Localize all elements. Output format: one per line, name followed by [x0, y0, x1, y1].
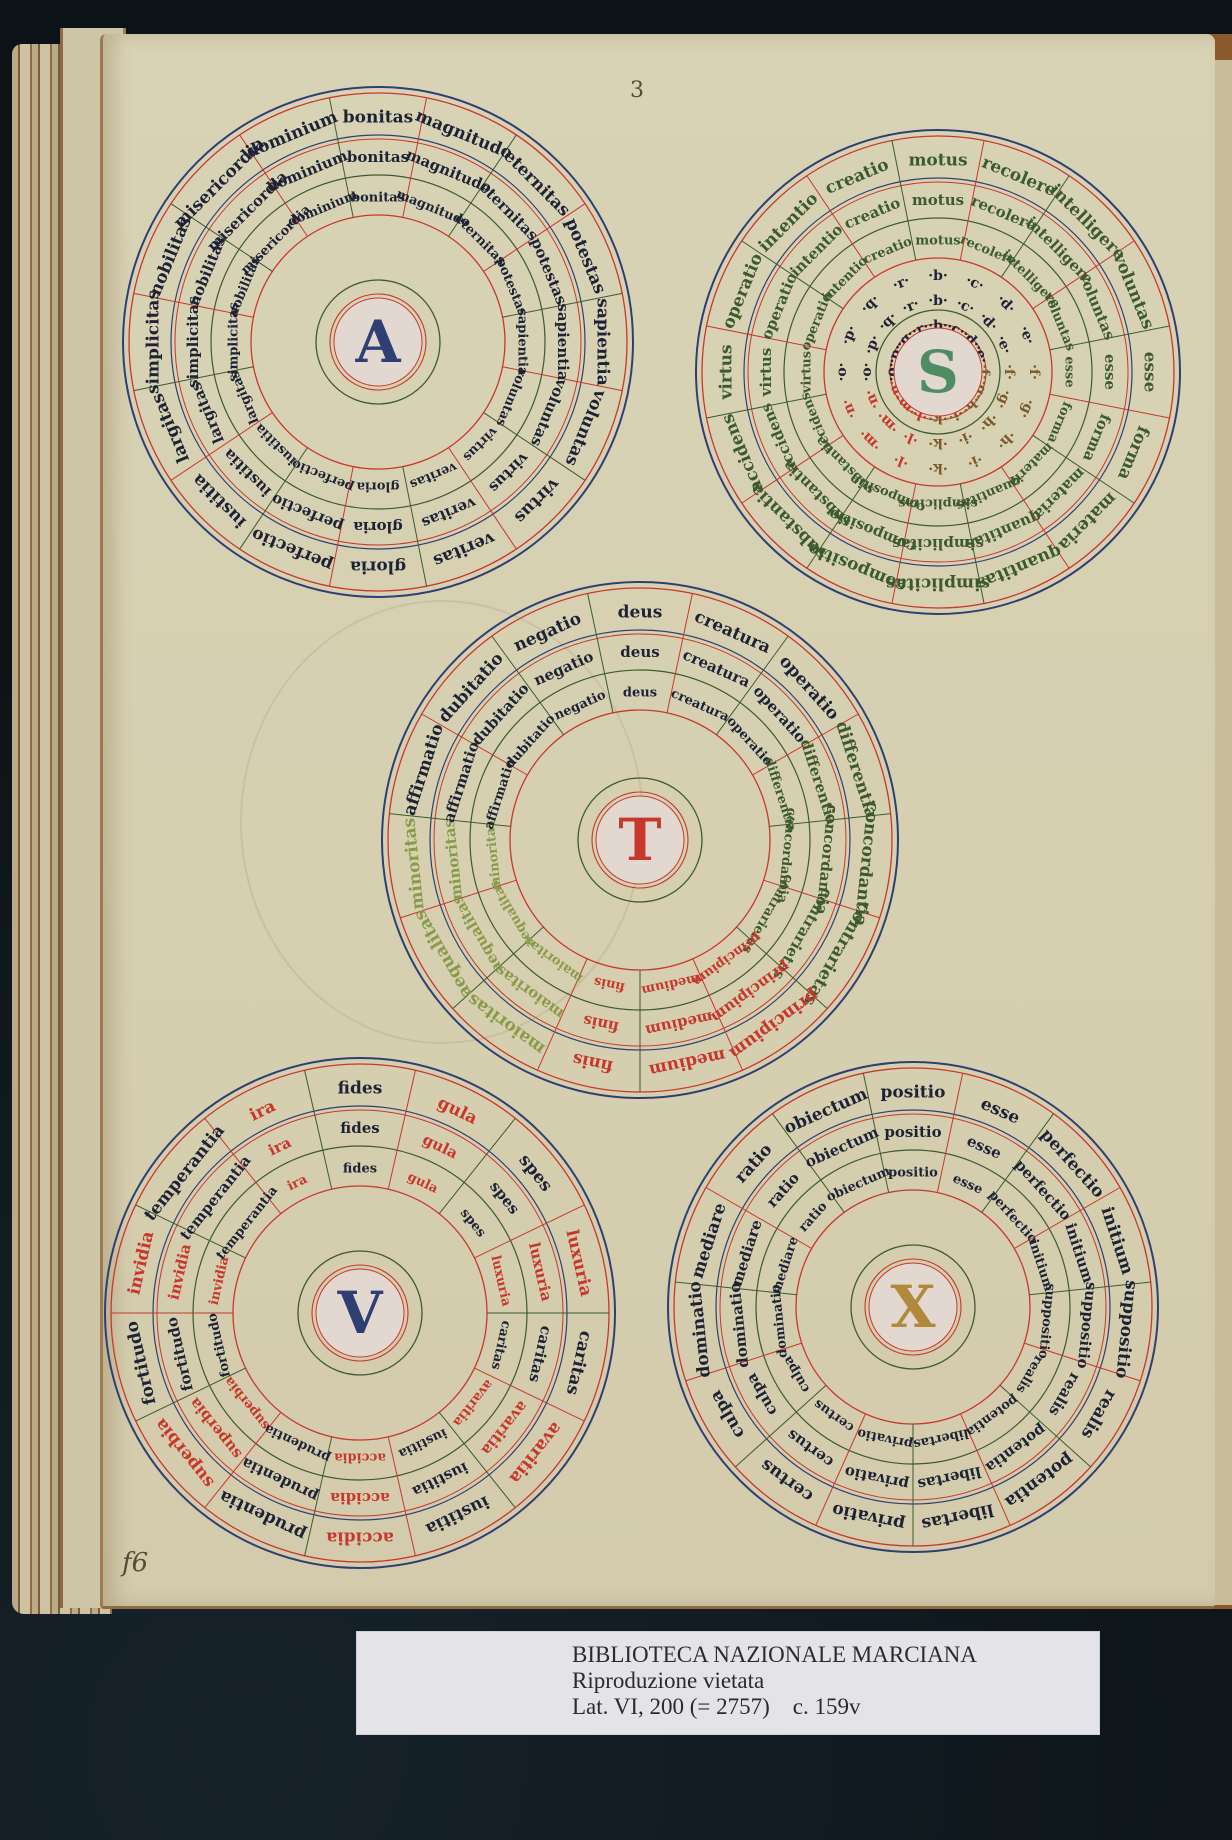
wheel-word: affirmatio: [440, 739, 483, 824]
wheel-letter: ·h·: [975, 409, 1000, 434]
wheel-letter: ·b·: [928, 293, 948, 309]
wheel-word: sapientia: [592, 298, 612, 385]
wheel-word: virtus: [799, 351, 814, 394]
wheel-letter: ·p·: [861, 333, 883, 357]
wheel-word: esse: [1101, 354, 1119, 390]
wheel-word: perfectio: [249, 524, 336, 575]
wheel-word: privatio: [830, 1499, 906, 1534]
wheel-word: realis: [1045, 1370, 1084, 1420]
wheel-word: fortitudo: [205, 1311, 234, 1378]
wheel-word: potestas: [527, 235, 571, 307]
wheel-word: medium: [640, 970, 701, 997]
wheel-word: caritas: [488, 1319, 514, 1371]
wheel-word: creatura: [680, 645, 753, 691]
wheel-letter: ·n·: [861, 387, 883, 412]
wheel-word: culpa: [706, 1387, 749, 1442]
wheel-word: bonitas: [343, 108, 413, 128]
wheel-word: luxuria: [487, 1254, 513, 1308]
wheel-letter: ·d·: [976, 309, 1001, 334]
wheel-word: creatura: [691, 607, 773, 658]
wheel-word: positio: [881, 1083, 946, 1103]
wheel-word: ira: [246, 1096, 278, 1125]
wheel-word: ira: [285, 1172, 310, 1195]
wheel-letter: ·b·: [928, 268, 948, 284]
wheel-letter: ·m·: [856, 426, 885, 455]
wheel-word: iustitia: [409, 1459, 471, 1501]
wheel-word: voluntas: [1075, 269, 1119, 343]
wheel-word: minoritas: [399, 817, 429, 911]
wheel-word: accidens: [718, 411, 768, 495]
wheel-word: prudentia: [238, 1454, 320, 1506]
wheel-top-left: bonitasmagnitudoeternitaspotestassapient…: [113, 77, 643, 607]
wheel-word: avaritia: [449, 1376, 496, 1429]
wheel-word: suppositio: [1111, 1279, 1141, 1379]
wheel-word: realis: [1077, 1386, 1121, 1442]
wheel-word: libertas: [920, 1499, 996, 1534]
wheel-word: medium: [644, 1008, 715, 1040]
wheel-word: deus: [623, 685, 657, 700]
wheel-word: spes: [457, 1206, 489, 1240]
wheel-word: esse: [1062, 356, 1077, 387]
wheel-word: gloria: [356, 479, 399, 494]
wheel-word: iustitia: [422, 1491, 492, 1539]
wheel-word: voluntas: [1108, 249, 1158, 332]
wheel-word: virtus: [717, 344, 737, 400]
wheel-word: operatio: [757, 270, 801, 342]
wheel-word: libertas: [912, 1425, 970, 1451]
wheel-word: simplicitas: [144, 290, 164, 394]
wheel-word: positio: [884, 1123, 941, 1141]
wheel-word: bonitas: [347, 148, 409, 166]
wheel-word: voluntas: [492, 365, 530, 429]
wheel-letter: ·r·: [890, 273, 912, 294]
wheel-word: luxuria: [525, 1241, 556, 1304]
wheel-word: operatio: [718, 250, 767, 331]
wheel-word: virtus: [485, 449, 533, 497]
wheel-letter: ·h·: [993, 427, 1018, 452]
wheel-word: finis: [581, 1011, 620, 1036]
wheel-word: gula: [434, 1093, 480, 1129]
wheel-word: esse: [964, 1132, 1004, 1163]
wheel-word: accidia: [330, 1489, 390, 1507]
wheel-word: privatio: [843, 1463, 910, 1494]
library-label: BIBLIOTECA NAZIONALE MARCIANA Riproduzio…: [357, 1632, 1099, 1734]
wheel-word: positio: [888, 1165, 938, 1180]
wheel-word: virtus: [460, 423, 501, 464]
wheel-word: minoritas: [440, 818, 466, 901]
label-notice: Riproduzione vietata: [572, 1668, 977, 1694]
wheel-word: libertas: [916, 1463, 983, 1494]
wheel-letter: ·n·: [838, 396, 860, 421]
wheel-word: voluntas: [561, 386, 611, 469]
wheel-word: invidia: [165, 1242, 195, 1302]
wheel-word: certus: [811, 1396, 857, 1435]
wheel-word: veritas: [419, 493, 479, 532]
wheel-word: ratio: [731, 1140, 776, 1187]
wheel-letter: ·o·: [859, 362, 875, 381]
wheel-word: largitas: [147, 390, 193, 465]
wheel-word: motus: [908, 151, 967, 171]
wheel-word: certus: [783, 1426, 836, 1472]
wheel-word: fortitudo: [162, 1315, 196, 1392]
center-initial: S: [917, 338, 959, 406]
wheel-word: dubitatio: [503, 712, 559, 772]
label-shelfmark: Lat. VI, 200 (= 2757) c. 159v: [572, 1694, 977, 1720]
wheel-word: iustitia: [252, 420, 300, 468]
wheel-letter: ·q·: [875, 309, 900, 334]
wheel-letter: ·q·: [858, 292, 883, 317]
wheel-letter: ·g·: [1016, 397, 1038, 421]
wheel-word: sapientia: [554, 303, 572, 380]
wheel-word: veritas: [430, 527, 498, 571]
wheel-word: gloria: [353, 518, 403, 536]
wheel-word: fides: [340, 1119, 379, 1137]
wheel-word: invidia: [124, 1229, 158, 1296]
wheel-letter: ·e·: [1016, 324, 1038, 347]
wheel-word: privatio: [856, 1425, 915, 1451]
center-initial: V: [336, 1279, 383, 1347]
wheel-word: iustitia: [219, 445, 274, 500]
wheel-word: accidia: [334, 1450, 386, 1465]
wheel-letter: ·o·: [834, 362, 850, 381]
label-library-name: BIBLIOTECA NAZIONALE MARCIANA: [572, 1642, 977, 1668]
wheel-word: motus: [915, 233, 960, 248]
wheel-word: luxuria: [561, 1228, 596, 1299]
wheel-letter: ·k·: [928, 435, 947, 451]
wheel-word: caritas: [525, 1324, 555, 1384]
wheel-word: iustitia: [395, 1425, 449, 1461]
wheel-word: fortitudo: [122, 1319, 160, 1407]
wheel-word: potentia: [962, 1392, 1021, 1440]
wheel-word: fides: [343, 1161, 377, 1176]
wheel-word: spes: [486, 1178, 523, 1218]
wheel-word: accidia: [326, 1527, 394, 1547]
center-initial: T: [618, 806, 661, 874]
wheel-word: deus: [620, 643, 659, 661]
wheel-word: dominatio: [685, 1280, 715, 1378]
wheel-word: avaritia: [477, 1398, 531, 1460]
wheel-word: superbia: [221, 1373, 273, 1432]
wheel-word: invidia: [207, 1255, 233, 1307]
wheel-letter: ·f·: [1001, 364, 1017, 380]
wheel-word: perfectio: [269, 490, 346, 536]
wheel-letter: ·c·: [954, 296, 977, 318]
wheel-word: voluntas: [527, 375, 571, 449]
wheel-top-right: motusrecolereintelligerevoluntasesseform…: [686, 120, 1190, 624]
wheel-word: dominatio: [726, 1282, 753, 1369]
center-initial: A: [354, 308, 401, 376]
wheel-letter: ·d·: [993, 292, 1018, 317]
wheel-word: gula: [420, 1130, 461, 1162]
wheel-letter: ·r·: [900, 296, 922, 317]
wheel-word: ratio: [763, 1169, 803, 1211]
wheel-word: esse: [950, 1171, 985, 1197]
wheel-word: caritas: [562, 1329, 596, 1397]
wheel-word: affirmatio: [400, 721, 448, 818]
wheel-word: forma: [1113, 423, 1153, 483]
center-initial: X: [890, 1273, 935, 1341]
wheel-word: negatio: [552, 687, 609, 723]
wheel-letter: ·i·: [965, 450, 985, 471]
wheel-word: negatio: [531, 647, 596, 689]
wheel-word: obiectum: [824, 1164, 893, 1206]
wheel-word: prudentia: [261, 1420, 333, 1465]
wheel-center: deuscreaturaoperatiodifferentiaconcordan…: [372, 572, 908, 1108]
wheel-word: virtus: [757, 348, 775, 398]
wheel-word: simplicitas: [184, 296, 202, 388]
wheel-letter: ·p·: [838, 323, 860, 347]
wheel-word: forma: [1044, 399, 1075, 445]
wheel-word: fides: [338, 1079, 383, 1099]
wheel-word: negatio: [511, 609, 585, 656]
wheel-word: finis: [593, 973, 627, 994]
wheel-letter: ·f·: [1026, 364, 1042, 380]
wheel-bottom-right: positioesseperfectioinitiumsuppositiorea…: [658, 1052, 1168, 1562]
wheel-word: largitas: [186, 380, 227, 447]
wheel-word: culpa: [742, 1370, 781, 1419]
wheel-letter: ·g·: [992, 387, 1014, 411]
wheel-letter: ·e·: [993, 333, 1015, 356]
wheel-word: motus: [912, 191, 964, 209]
wheel-letter: ·m·: [873, 408, 902, 437]
wheel-bottom-left: fidesgulaspesluxuriacaritasavaritiaiusti…: [95, 1048, 625, 1578]
wheel-word: ira: [265, 1133, 294, 1159]
wheel-word: perfectio: [985, 1188, 1040, 1247]
wheel-word: suppositio: [1074, 1281, 1101, 1370]
wheel-word: initium: [1097, 1204, 1138, 1277]
wheel-word: certus: [757, 1455, 817, 1506]
wheel-word: mediare: [769, 1235, 802, 1296]
wheel-word: obiectum: [802, 1123, 881, 1171]
wheel-word: potestas: [561, 215, 610, 296]
wheel-letter: ·l·: [891, 450, 911, 471]
wheel-word: virtus: [510, 473, 564, 527]
wheel-letter: ·k·: [928, 460, 947, 476]
wheel-word: esse: [1139, 352, 1159, 393]
wheel-word: deus: [618, 603, 663, 623]
wheel-word: gula: [405, 1169, 441, 1197]
wheel-letter: ·c·: [963, 272, 986, 294]
wheel-word: accidens: [757, 401, 802, 475]
